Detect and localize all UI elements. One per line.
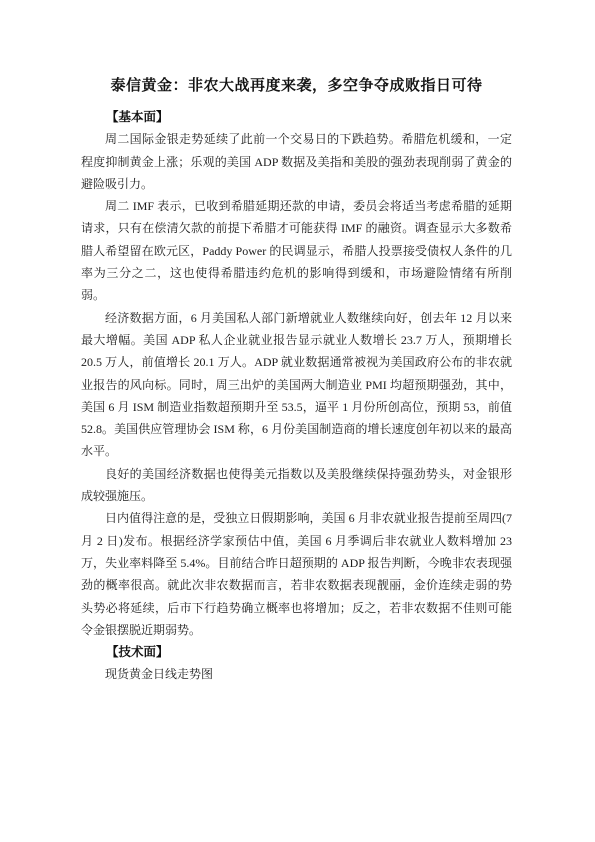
paragraph-market-recap: 周二国际金银走势延续了此前一个交易日的下跌趋势。希腊危机缓和，一定程度抑制黄金上…	[81, 128, 512, 195]
paragraph-imf-greece: 周二 IMF 表示，已收到希腊延期还款的申请，委员会将适当考虑希腊的延期请求，只…	[81, 195, 512, 306]
paragraph-nfp-outlook: 日内值得注意的是，受独立日假期影响，美国 6 月非农就业报告提前至周四(7 月 …	[81, 507, 512, 641]
paragraph-economic-data: 经济数据方面，6 月美国私人部门新增就业人数继续向好，创去年 12 月以来最大增…	[81, 307, 512, 463]
document-page: 泰信黄金：非农大战再度来袭，多空争夺成败指日可待 【基本面】 周二国际金银走势延…	[0, 0, 595, 842]
document-title: 泰信黄金：非农大战再度来袭，多空争夺成败指日可待	[81, 74, 512, 98]
section-heading-fundamentals: 【基本面】	[81, 106, 512, 128]
paragraph-dollar-pressure: 良好的美国经济数据也使得美元指数以及美股继续保持强劲势头，对金银形成较强施压。	[81, 463, 512, 508]
paragraph-chart-caption: 现货黄金日线走势图	[81, 663, 512, 685]
section-heading-technical: 【技术面】	[81, 641, 512, 663]
